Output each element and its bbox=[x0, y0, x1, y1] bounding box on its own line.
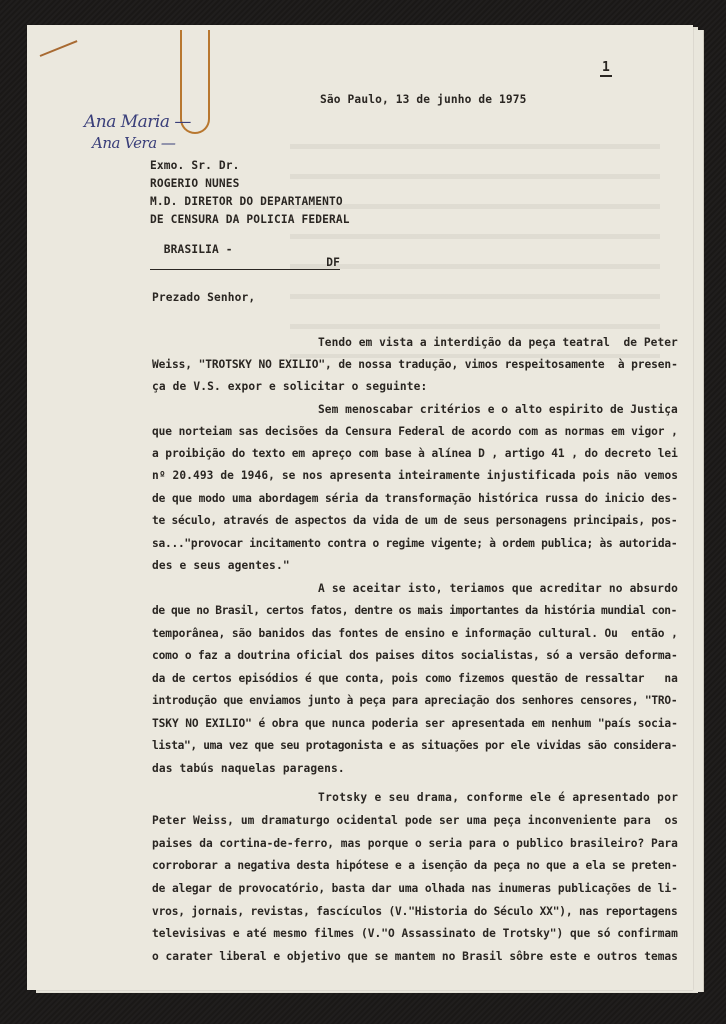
body-line: nº 20.493 de 1946, se nos apresenta inte… bbox=[152, 469, 678, 482]
body-line: o carater liberal e objetivo que se mant… bbox=[152, 950, 678, 963]
handwritten-note-line-1: Ana Maria — bbox=[84, 112, 191, 132]
greeting: Prezado Senhor, bbox=[152, 291, 255, 304]
body-line: vros, jornais, revistas, fascículos (V."… bbox=[152, 905, 678, 918]
body-line: temporânea, são banidos das fontes de en… bbox=[152, 627, 678, 640]
body-line: Peter Weiss, um dramaturgo ocidental pod… bbox=[152, 814, 678, 827]
letter-date: São Paulo, 13 de junho de 1975 bbox=[320, 93, 527, 106]
recipient-salutation: Exmo. Sr. Dr. bbox=[150, 159, 240, 172]
recipient-department: DE CENSURA DA POLICIA FEDERAL bbox=[150, 213, 350, 226]
body-line: das tabús naquelas paragens. bbox=[152, 762, 345, 775]
body-line: paises da cortina-de-ferro, mas porque o… bbox=[152, 837, 678, 850]
body-line: TSKY NO EXILIO" é obra que nunca poderia… bbox=[152, 717, 678, 730]
body-line: Sem menoscabar critérios e o alto espiri… bbox=[318, 403, 678, 416]
body-line: des e seus agentes." bbox=[152, 559, 290, 572]
body-line: sa..."provocar incitamento contra o regi… bbox=[152, 537, 677, 550]
body-line: a proibição do texto em apreço com base … bbox=[152, 447, 678, 460]
body-line: Tendo em vista a interdição da peça teat… bbox=[318, 336, 678, 349]
body-line: de alegar de provocatório, basta dar uma… bbox=[152, 882, 678, 895]
body-line: de que no Brasil, certos fatos, dentre o… bbox=[152, 604, 677, 617]
body-line: que norteiam sas decisões da Censura Fed… bbox=[152, 425, 678, 438]
recipient-location: BRASILIA - DF bbox=[150, 230, 340, 270]
body-line: introdução que enviamos junto à peça par… bbox=[152, 694, 677, 707]
body-line: corroborar a negativa desta hipótese e a… bbox=[152, 859, 678, 872]
body-line: te século, através de aspectos da vida d… bbox=[152, 514, 677, 527]
recipient-name: ROGERIO NUNES bbox=[150, 177, 240, 190]
body-line: lista", uma vez que seu protagonista e a… bbox=[152, 739, 677, 752]
recipient-state: DF bbox=[326, 256, 340, 269]
body-line: A se aceitar isto, teriamos que acredita… bbox=[318, 582, 678, 595]
recipient-title: M.D. DIRETOR DO DEPARTAMENTO bbox=[150, 195, 343, 208]
handwritten-note-line-2: Ana Vera — bbox=[92, 134, 175, 152]
body-line: televisivas e até mesmo filmes (V."O Ass… bbox=[152, 927, 678, 940]
body-line: Trotsky e seu drama, conforme ele é apre… bbox=[318, 791, 678, 804]
recipient-city: BRASILIA - bbox=[164, 243, 233, 256]
body-line: ça de V.S. expor e solicitar o seguinte: bbox=[152, 380, 427, 393]
body-line: como o faz a doutrina oficial dos paises… bbox=[152, 649, 678, 662]
page-number: 1 bbox=[600, 60, 612, 77]
body-line: da de certos episódios é que conta, pois… bbox=[152, 672, 678, 685]
body-line: Weiss, "TROTSKY NO EXILIO", de nossa tra… bbox=[152, 358, 678, 371]
body-line: de que modo uma abordagem séria da trans… bbox=[152, 492, 678, 505]
